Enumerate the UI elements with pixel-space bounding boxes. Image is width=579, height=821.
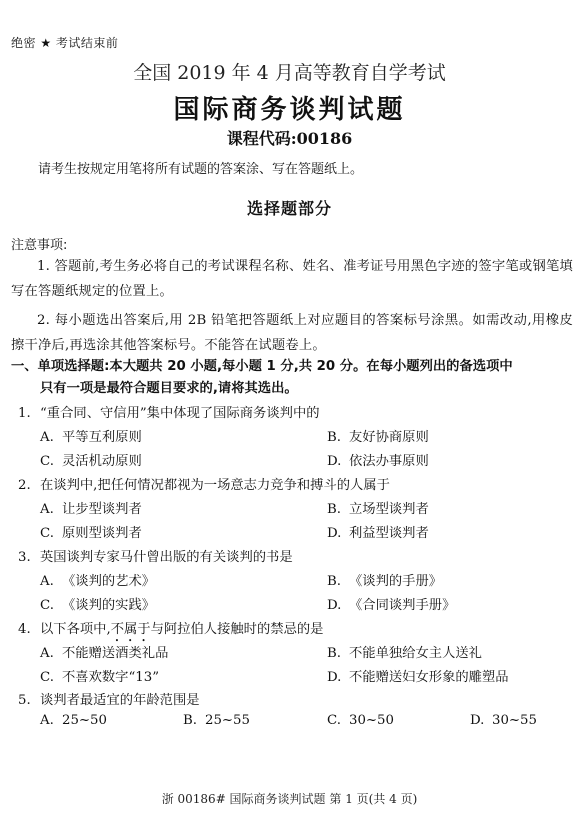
question-4-option-c: C.不喜欢数字“13” (40, 666, 159, 685)
option-text: 《谈判的实践》 (62, 598, 155, 613)
option-letter: C. (327, 713, 349, 728)
option-text: 平等互利原则 (62, 430, 142, 445)
question-5-option-d: D.30~55 (470, 713, 537, 728)
general-instruction: 请考生按规定用笔将所有试题的答案涂、写在答题纸上。 (38, 158, 363, 177)
question-4-option-d: D.不能赠送妇女形象的雕塑品 (327, 666, 509, 685)
option-text: 利益型谈判者 (349, 526, 429, 541)
option-text: 30~50 (349, 713, 394, 728)
question-4-option-a: A.不能赠送酒类礼品 (40, 642, 168, 661)
note-item-2: 2. 每小题选出答案后,用 2B 铅笔把答题纸上对应题目的答案标号涂黑。如需改动… (11, 308, 573, 358)
question-number: 3. (18, 550, 40, 565)
option-text: 25~55 (205, 713, 250, 728)
course-code: 课程代码:00186 (0, 126, 579, 149)
question-1-option-b: B.友好协商原则 (327, 426, 429, 445)
question-1-option-c: C.灵活机动原则 (40, 450, 142, 469)
option-letter: A. (40, 646, 62, 661)
option-letter: C. (40, 526, 62, 541)
option-letter: B. (327, 430, 349, 445)
question-3-option-d: D.《合同谈判手册》 (327, 594, 455, 613)
question-text: 英国谈判专家马什曾出版的有关谈判的书是 (40, 550, 293, 565)
option-text: 25~50 (62, 713, 107, 728)
question-1-stem: 1.“重合同、守信用”集中体现了国际商务谈判中的 (18, 402, 320, 421)
page-footer: 浙 00186# 国际商务谈判试题 第 1 页(共 4 页) (0, 790, 579, 807)
question-3-option-b: B.《谈判的手册》 (327, 570, 442, 589)
note-item-1: 1. 答题前,考生务必将自己的考试课程名称、姓名、准考证号用黑色字迹的签字笔或钢… (11, 254, 573, 304)
option-text: 《谈判的艺术》 (62, 574, 155, 589)
question-text-before: 以下各项中, (40, 622, 111, 637)
exam-title: 全国 2019 年 4 月高等教育自学考试 (0, 58, 579, 85)
option-text: 友好协商原则 (349, 430, 429, 445)
question-text-emphasis: 不属于 (111, 622, 151, 637)
question-1-option-a: A.平等互利原则 (40, 426, 142, 445)
question-2-stem: 2.在谈判中,把任何情况都视为一场意志力竞争和搏斗的人属于 (18, 474, 390, 493)
part-one-heading: 一、单项选择题:本大题共 20 小题,每小题 1 分,共 20 分。在每小题列出… (11, 356, 571, 400)
question-1-option-d: D.依法办事原则 (327, 450, 429, 469)
option-letter: C. (40, 598, 62, 613)
question-text: 在谈判中,把任何情况都视为一场意志力竞争和搏斗的人属于 (40, 478, 390, 493)
option-letter: B. (327, 502, 349, 517)
question-2-option-c: C.原则型谈判者 (40, 522, 142, 541)
question-3-stem: 3.英国谈判专家马什曾出版的有关谈判的书是 (18, 546, 293, 565)
question-4-stem: 4.以下各项中,不属于与阿拉伯人接触时的禁忌的是 (18, 618, 323, 645)
question-2-option-a: A.让步型谈判者 (40, 498, 142, 517)
question-5-option-a: A.25~50 (40, 713, 107, 728)
question-text: “重合同、守信用”集中体现了国际商务谈判中的 (40, 406, 320, 421)
question-number: 2. (18, 478, 40, 493)
option-letter: D. (327, 526, 349, 541)
option-text: 立场型谈判者 (349, 502, 429, 517)
confidential-label: 绝密 ★ 考试结束前 (11, 34, 118, 51)
option-letter: A. (40, 574, 62, 589)
question-3-option-c: C.《谈判的实践》 (40, 594, 155, 613)
option-text: 《合同谈判手册》 (349, 598, 455, 613)
question-4-option-b: B.不能单独给女主人送礼 (327, 642, 482, 661)
option-letter: D. (327, 454, 349, 469)
question-text: 谈判者最适宜的年龄范围是 (40, 693, 200, 708)
option-letter: C. (40, 454, 62, 469)
question-number: 5. (18, 693, 40, 708)
option-text: 《谈判的手册》 (349, 574, 442, 589)
option-letter: B. (327, 574, 349, 589)
option-text: 不喜欢数字“13” (62, 670, 159, 685)
option-letter: D. (327, 598, 349, 613)
option-letter: B. (183, 713, 205, 728)
option-letter: A. (40, 713, 62, 728)
question-2-option-b: B.立场型谈判者 (327, 498, 429, 517)
option-letter: A. (40, 502, 62, 517)
option-letter: D. (470, 713, 492, 728)
option-text: 30~55 (492, 713, 537, 728)
question-number: 1. (18, 406, 40, 421)
question-text-after: 与阿拉伯人接触时的禁忌的是 (151, 622, 324, 637)
question-3-option-a: A.《谈判的艺术》 (40, 570, 155, 589)
option-text: 灵活机动原则 (62, 454, 142, 469)
question-5-option-b: B.25~55 (183, 713, 250, 728)
option-text: 不能单独给女主人送礼 (349, 646, 482, 661)
question-number: 4. (18, 622, 40, 637)
option-text: 不能赠送酒类礼品 (62, 646, 168, 661)
part-one-heading-line2: 只有一项是最符合题目要求的,请将其选出。 (11, 378, 571, 400)
option-text: 依法办事原则 (349, 454, 429, 469)
subject-title: 国际商务谈判试题 (0, 89, 579, 126)
option-letter: B. (327, 646, 349, 661)
question-5-option-c: C.30~50 (327, 713, 394, 728)
option-text: 不能赠送妇女形象的雕塑品 (349, 670, 509, 685)
part-one-heading-line1: 一、单项选择题:本大题共 20 小题,每小题 1 分,共 20 分。在每小题列出… (11, 359, 513, 374)
question-5-stem: 5.谈判者最适宜的年龄范围是 (18, 689, 200, 708)
option-text: 让步型谈判者 (62, 502, 142, 517)
section-title: 选择题部分 (0, 196, 579, 219)
option-text: 原则型谈判者 (62, 526, 142, 541)
question-2-option-d: D.利益型谈判者 (327, 522, 429, 541)
option-letter: D. (327, 670, 349, 685)
option-letter: A. (40, 430, 62, 445)
notes-heading: 注意事项: (11, 234, 67, 253)
option-letter: C. (40, 670, 62, 685)
